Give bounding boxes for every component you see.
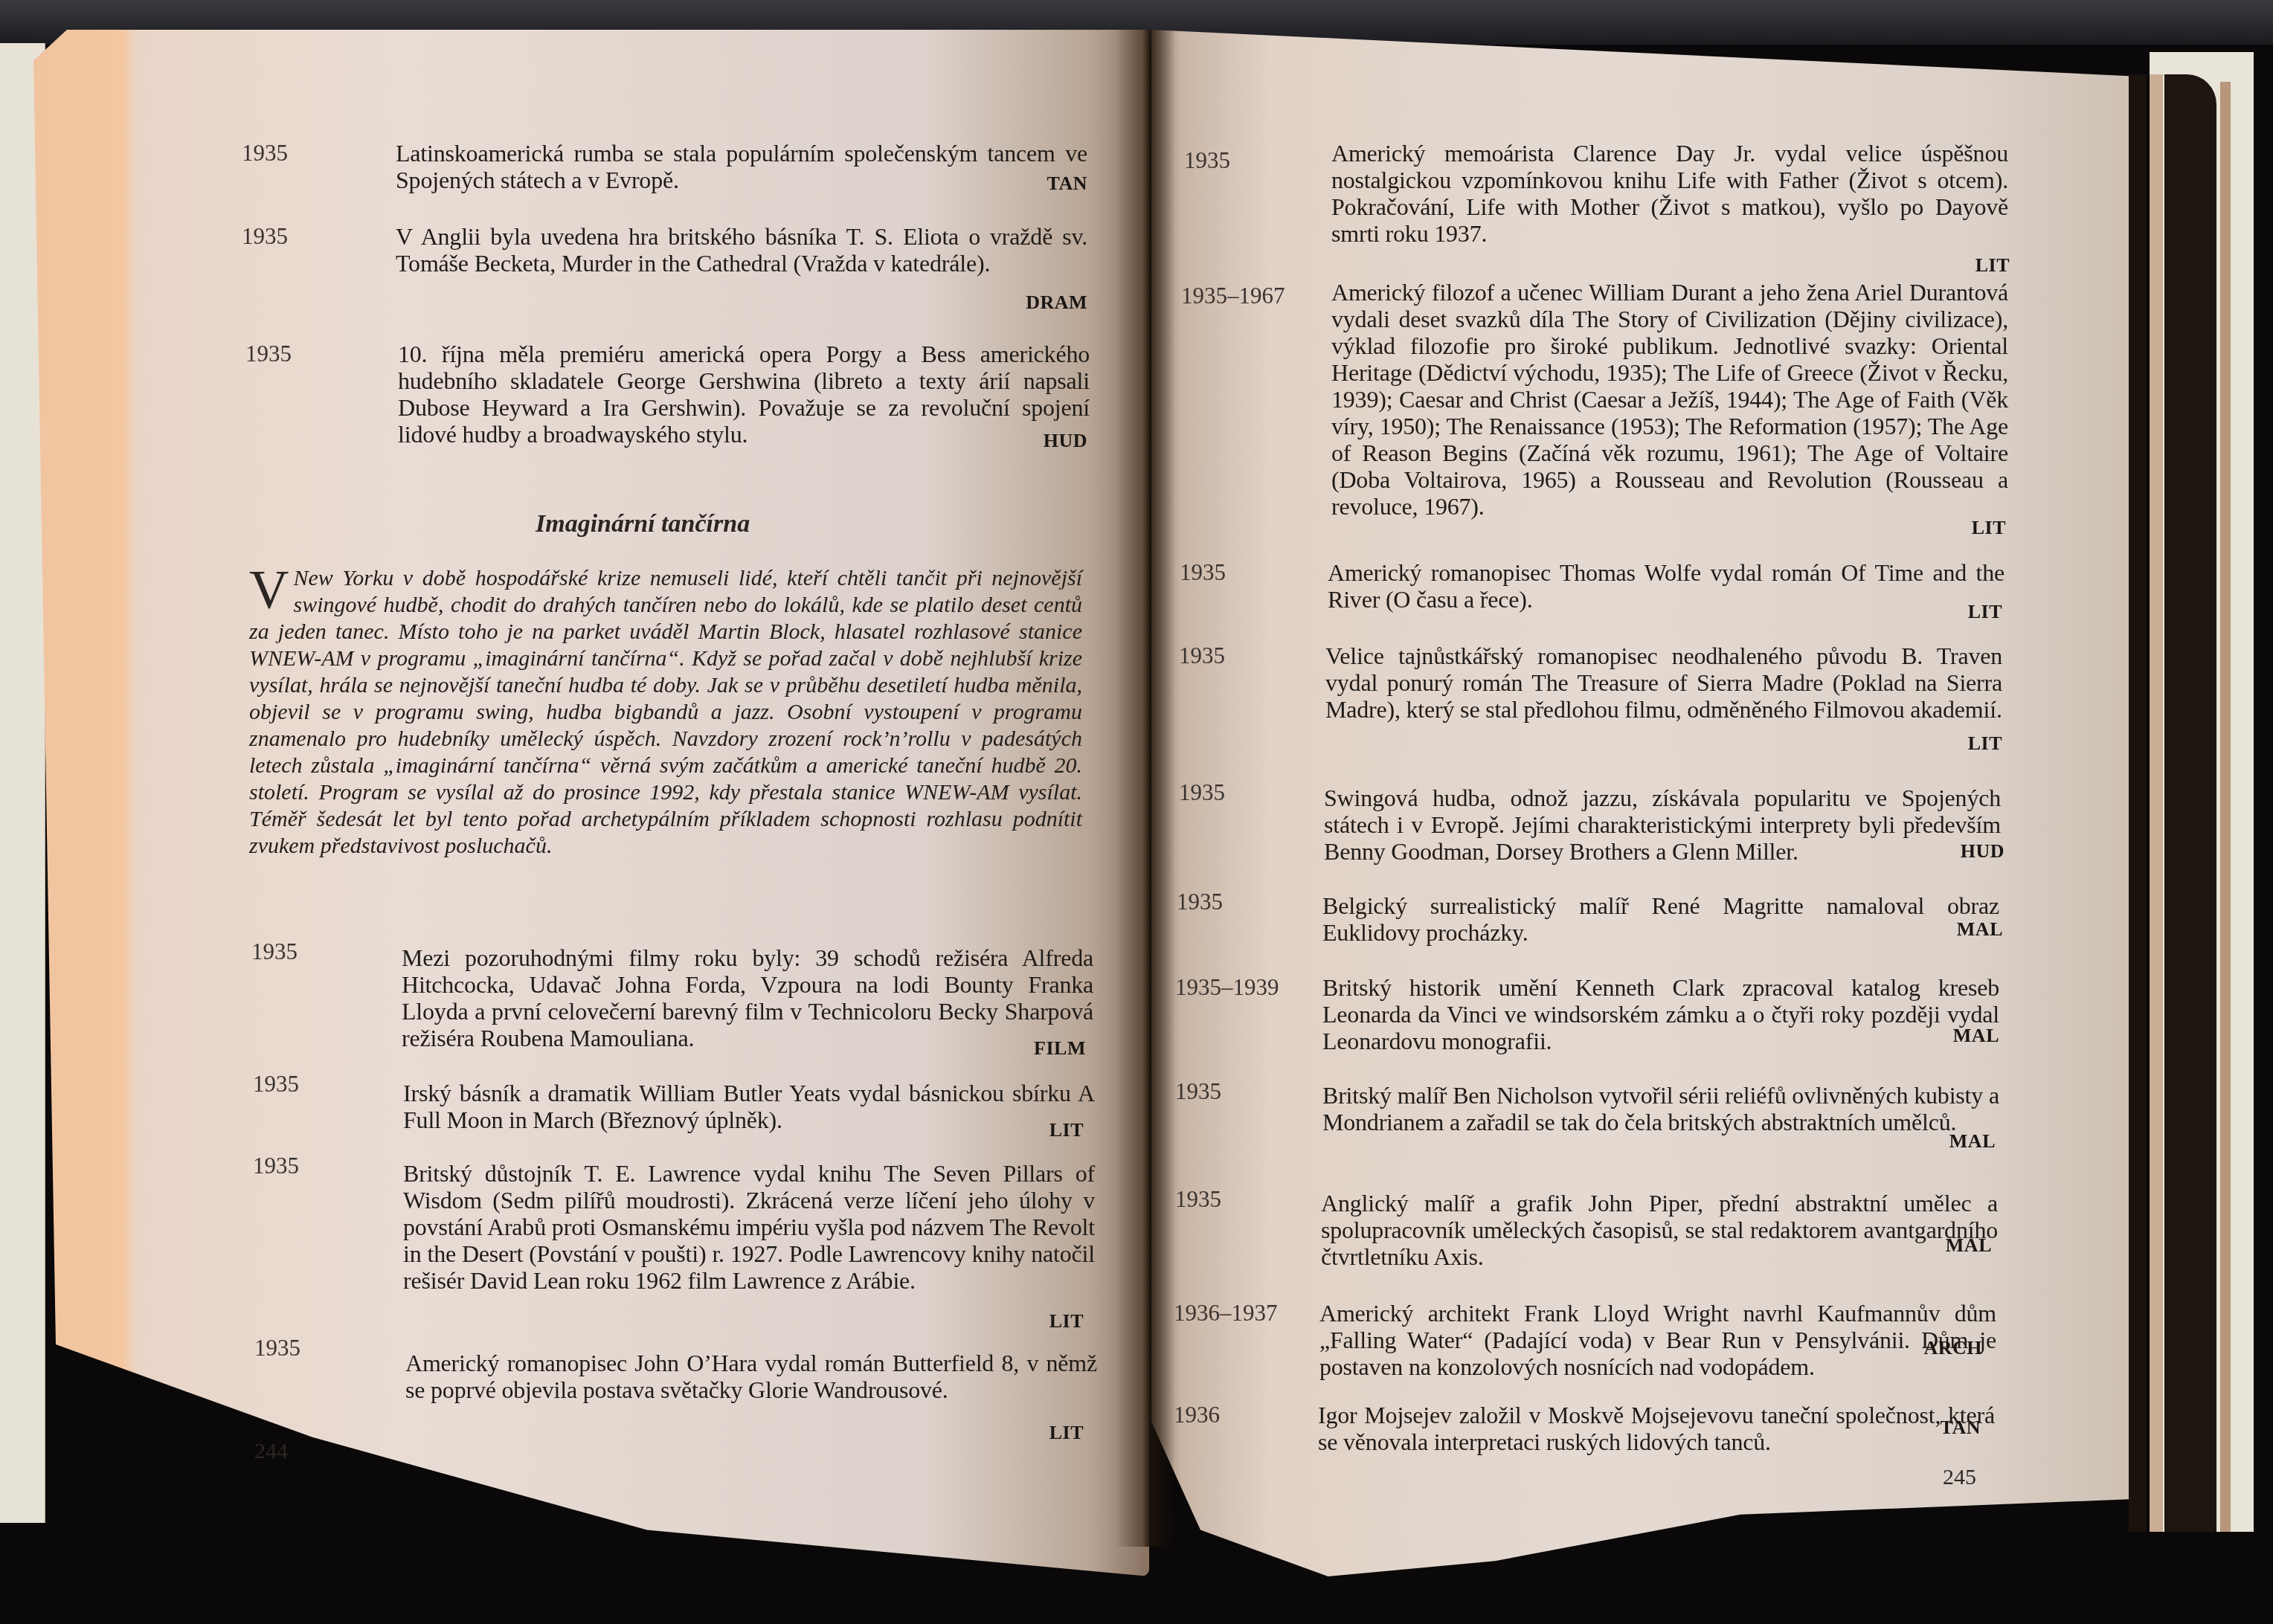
entry-text: Igor Mojsejev založil v Moskvě Mojsejevo… bbox=[1318, 1402, 1995, 1455]
entry-year: 1935 bbox=[242, 223, 288, 250]
entry-year: 1935 bbox=[1180, 559, 1226, 586]
entry-text: Americký filozof a učenec William Durant… bbox=[1331, 279, 2008, 520]
entry-text: Americký architekt Frank Lloyd Wright na… bbox=[1319, 1300, 1996, 1380]
entry-year: 1935 bbox=[254, 1335, 300, 1362]
entry-text: Latinskoamerická rumba se stala populárn… bbox=[396, 140, 1087, 193]
entry-text: V Anglii byla uvedena hra britského básn… bbox=[396, 223, 1087, 277]
entry-category: FILM bbox=[1012, 1037, 1086, 1060]
entry-category: ARCH bbox=[1915, 1337, 1982, 1359]
entry-year: 1935–1939 bbox=[1175, 974, 1279, 1001]
entry-text: Velice tajnůstkářský romanopisec neodhal… bbox=[1325, 642, 2002, 723]
book-gutter bbox=[1116, 30, 1175, 1547]
sidebar-body: V New Yorku v době hospodářské krize nem… bbox=[249, 565, 1082, 860]
entry-category: LIT bbox=[1956, 601, 2002, 623]
entry-text: Americký memoárista Clarence Day Jr. vyd… bbox=[1331, 140, 2008, 247]
entry-category: TAN bbox=[1026, 173, 1087, 195]
page-edge bbox=[2150, 74, 2163, 1532]
page-edge-shadow bbox=[2164, 74, 2216, 1532]
entry-text: Swingová hudba, odnož jazzu, získávala p… bbox=[1324, 784, 2001, 865]
entry-year: 1935 bbox=[1177, 889, 1223, 915]
entry-category: MAL bbox=[1934, 1234, 1992, 1257]
entry-text: Belgický surrealistický malíř René Magri… bbox=[1322, 892, 1999, 946]
entry-text: Britský historik umění Kenneth Clark zpr… bbox=[1322, 974, 1999, 1054]
entry-year: 1935 bbox=[251, 938, 298, 965]
entry-category: LIT bbox=[1956, 732, 2002, 755]
entry-text: Americký romanopisec Thomas Wolfe vydal … bbox=[1328, 559, 2004, 613]
drop-cap: V bbox=[249, 567, 289, 614]
entry-year: 1935 bbox=[253, 1071, 299, 1098]
sidebar-text: New Yorku v době hospodářské krize nemus… bbox=[249, 566, 1082, 858]
page-edge bbox=[2220, 82, 2231, 1532]
entry-year: 1935 bbox=[242, 140, 288, 167]
entry-category: LIT bbox=[1960, 517, 2006, 539]
entry-category: LIT bbox=[1038, 1119, 1084, 1141]
entry-year: 1936 bbox=[1174, 1402, 1220, 1428]
entry-category: DRAM bbox=[997, 291, 1087, 314]
entry-text: Britský důstojník T. E. Lawrence vydal k… bbox=[403, 1160, 1095, 1294]
entry-text: 10. října měla premiéru americká opera P… bbox=[398, 341, 1090, 448]
entry-year: 1935 bbox=[1179, 642, 1225, 669]
entry-year: 1935 bbox=[1175, 1186, 1221, 1213]
entry-text: Americký romanopisec John O’Hara vydal r… bbox=[405, 1350, 1097, 1403]
entry-text: Irský básník a dramatik William Butler Y… bbox=[403, 1080, 1095, 1133]
page-number: 244 bbox=[254, 1439, 288, 1464]
entry-text: Britský malíř Ben Nicholson vytvořil sér… bbox=[1322, 1082, 1999, 1135]
entry-year: 1936–1937 bbox=[1174, 1300, 1278, 1327]
entry-category: LIT bbox=[1038, 1422, 1084, 1444]
entry-year: 1935 bbox=[1175, 1078, 1221, 1105]
entry-category: LIT bbox=[1964, 254, 2010, 277]
page-edge-shadow bbox=[2129, 74, 2147, 1532]
entry-category: MAL bbox=[1945, 918, 2003, 941]
entry-category: MAL bbox=[1941, 1025, 1999, 1047]
page-number: 245 bbox=[1943, 1465, 1976, 1490]
entry-category: HUD bbox=[1945, 840, 2004, 863]
entry-year: 1935 bbox=[1179, 779, 1225, 806]
sidebar-title: Imaginární tančírna bbox=[536, 510, 750, 538]
entry-year: 1935–1967 bbox=[1181, 283, 1285, 309]
entry-year: 1935 bbox=[245, 341, 292, 367]
entry-text: Anglický malíř a grafik John Piper, před… bbox=[1321, 1190, 1998, 1270]
entry-year: 1935 bbox=[1184, 147, 1230, 174]
entry-year: 1935 bbox=[253, 1153, 299, 1179]
entry-category: TAN bbox=[1930, 1417, 1981, 1439]
entry-category: LIT bbox=[1038, 1310, 1084, 1333]
entry-category: MAL bbox=[1938, 1130, 1996, 1153]
entry-category: HUD bbox=[1026, 430, 1087, 452]
entry-text: Mezi pozoruhodnými filmy roku byly: 39 s… bbox=[402, 944, 1093, 1051]
